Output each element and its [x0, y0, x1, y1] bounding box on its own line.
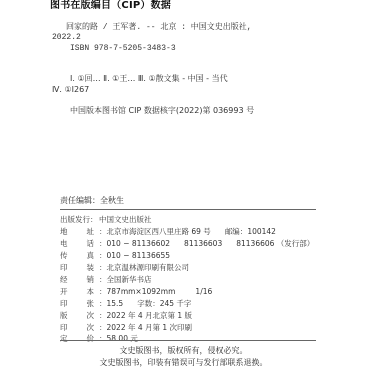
- pub-row-publisher: 出版发行： 中国文史出版社: [60, 214, 152, 225]
- word-count-label: 字数：: [137, 298, 160, 309]
- pub-row-printer: 印装 ： 北京温林源印刷有限公司: [60, 262, 189, 273]
- pub-row-distributor: 经销 ： 全国新华书店: [60, 274, 152, 285]
- divider-top: [60, 209, 316, 210]
- pub-row-price: 定价 ： 58.00 元: [60, 333, 138, 344]
- pub-value: 787mm×1092mm: [107, 287, 176, 296]
- pub-label: 印次: [60, 322, 94, 333]
- copyright-notice: 文史版图书，版权所有，侵权必究。: [0, 345, 371, 356]
- pub-label: 印装: [60, 262, 94, 273]
- pub-label: 地址: [60, 226, 94, 237]
- pub-row-format: 开本 ： 787mm×1092mm 1/16: [60, 286, 212, 297]
- isbn: ISBN 978-7-5205-3483-3: [70, 44, 176, 53]
- returns-notice: 文史版图书，印装有错误可与发行部联系退换。: [0, 357, 371, 368]
- pub-label: 传真: [60, 250, 94, 261]
- pub-label: 出版发行：: [60, 214, 99, 225]
- word-count-value: 245 千字: [160, 298, 192, 309]
- pub-value: 北京市海淀区西八里庄路 69 号: [107, 226, 211, 237]
- pub-label: 印张: [60, 298, 94, 309]
- pub-row-address: 地址 ： 北京市海淀区西八里庄路 69 号 邮编： 100142: [60, 226, 276, 237]
- pub-value: 58.00 元: [107, 333, 138, 344]
- pub-label: 电话: [60, 238, 94, 249]
- postcode-label: 邮编：: [225, 226, 248, 237]
- pub-value-3: 81136606 （发行部）: [236, 238, 314, 249]
- pub-value: 010 − 81136655: [107, 251, 171, 260]
- cip-number: 中国版本图书馆 CIP 数据核字(2022)第 036993 号: [70, 105, 254, 116]
- classification-line: Ⅰ. ①回… Ⅱ. ①王… Ⅲ. ①散文集 - 中国 - 当代: [70, 73, 228, 84]
- pub-label: 开本: [60, 286, 94, 297]
- pub-label: 版次: [60, 310, 94, 321]
- pub-value: 15.5: [107, 299, 124, 308]
- postcode-value: 100142: [247, 227, 276, 236]
- pub-row-sheets: 印张 ： 15.5 字数： 245 千字: [60, 298, 191, 309]
- classification-line-2: Ⅳ. ①I267: [52, 85, 89, 94]
- editor-label: 责任编辑：: [60, 196, 100, 205]
- pub-value: 全国新华书店: [107, 274, 152, 285]
- pub-value-2: 81136603: [184, 239, 222, 248]
- pub-row-phone: 电话 ： 010 − 81136602 81136603 81136606 （发…: [60, 238, 314, 249]
- responsible-editor: 责任编辑：全秋生: [60, 195, 124, 206]
- pub-label: 经销: [60, 274, 94, 285]
- pub-value: 中国文史出版社: [99, 214, 152, 225]
- pub-value-2: 1/16: [195, 287, 212, 296]
- cip-record-line: 回家的路 / 王军著. -- 北京 : 中国文史出版社,: [66, 21, 252, 32]
- pub-row-edition: 版次 ： 2022 年 4 月北京第 1 版: [60, 310, 192, 321]
- pub-label: 定价: [60, 333, 94, 344]
- pub-row-fax: 传真 ： 010 − 81136655: [60, 250, 170, 261]
- cip-title: 图书在版编目（CIP）数据: [50, 0, 171, 11]
- pub-value: 010 − 81136602: [107, 239, 171, 248]
- divider-bottom: [60, 340, 316, 341]
- editor-name: 全秋生: [100, 196, 124, 205]
- pub-value: 2022 年 4 月第 1 次印刷: [107, 322, 193, 333]
- cip-date: 2022.2: [52, 33, 81, 42]
- pub-value: 北京温林源印刷有限公司: [107, 262, 190, 273]
- pub-value: 2022 年 4 月北京第 1 版: [107, 310, 193, 321]
- pub-row-printing: 印次 ： 2022 年 4 月第 1 次印刷: [60, 322, 192, 333]
